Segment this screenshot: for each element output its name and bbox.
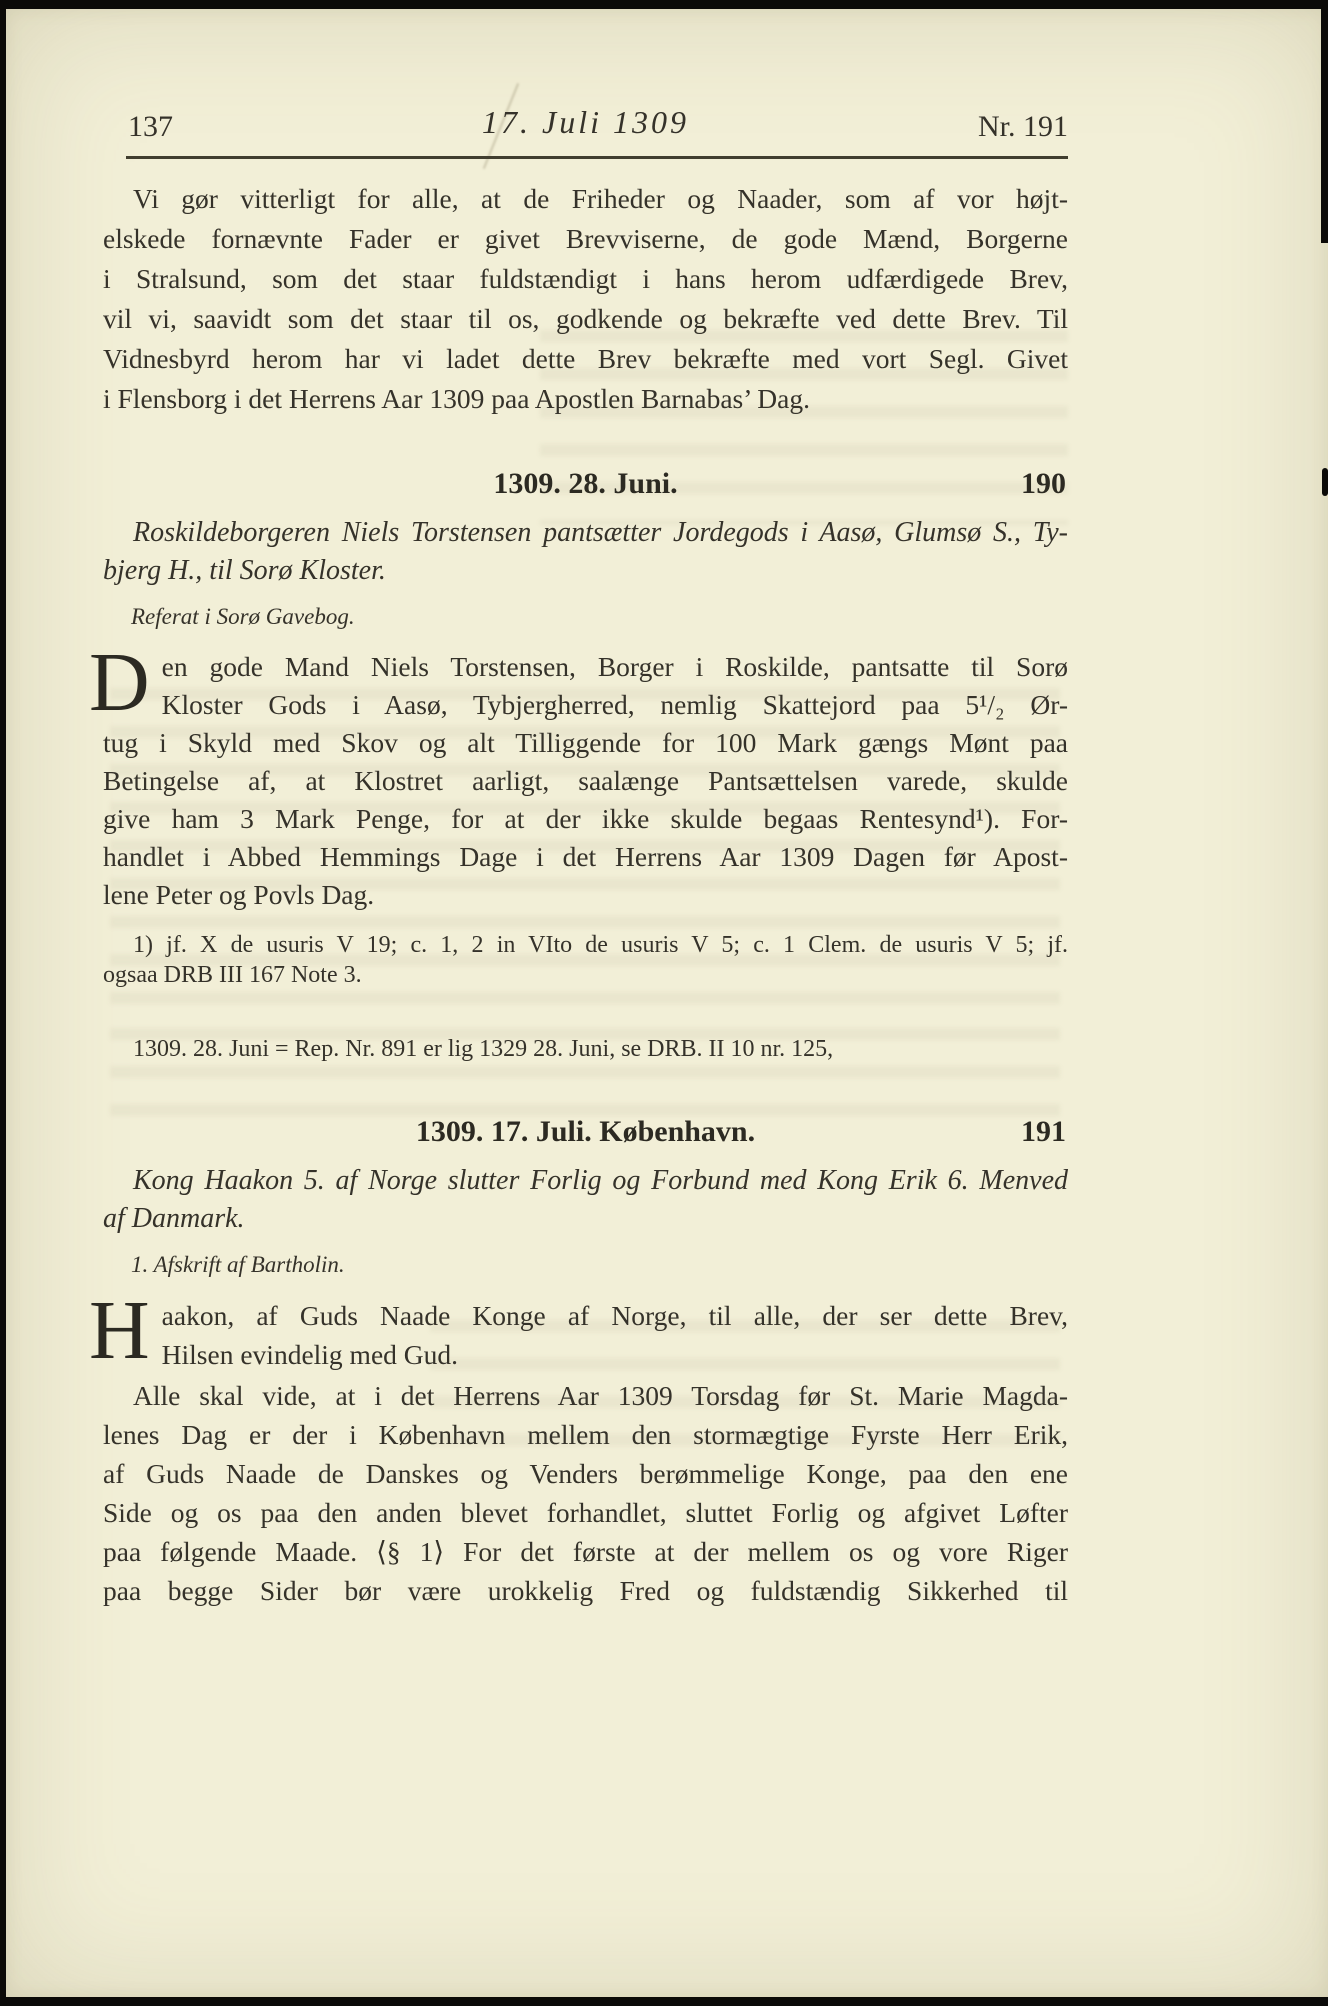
entry-191-summary: Kong Haakon 5. af Norge slutter Forlig o… <box>103 1162 1068 1238</box>
text-line: paa følgende Maade. ⟨§ 1⟩ For det første… <box>103 1532 1068 1571</box>
entry-190-cross-reference: 1309. 28. Juni = Rep. Nr. 891 er lig 132… <box>133 1036 1068 1063</box>
entry-191-paragraph-2: Alle skal vide, at i det Herrens Aar 130… <box>103 1376 1068 1610</box>
entry-190-source-note: Referat i Sorø Gavebog. <box>131 604 355 630</box>
text-line: paa begge Sider bør være urokkelig Fred … <box>103 1571 1068 1610</box>
page-edge-left <box>0 0 6 2006</box>
text-line: i Flensborg i det Herrens Aar 1309 paa A… <box>103 379 1068 419</box>
text-line: give ham 3 Mark Penge, for at der ikke s… <box>103 800 1068 838</box>
header-rule <box>126 156 1068 159</box>
continuation-paragraph: Vi gør vitterligt for alle, at de Frihed… <box>103 179 1068 419</box>
entry-number: 191 <box>1021 1115 1066 1149</box>
text-line: Betingelse af, at Klostret aarligt, saal… <box>103 762 1068 800</box>
text-line: Alle skal vide, at i det Herrens Aar 130… <box>103 1376 1068 1415</box>
running-head-number: Nr. 191 <box>978 110 1068 144</box>
entry-190-footnote: 1) jf. X de usuris V 19; c. 1, 2 in VIto… <box>103 930 1068 990</box>
text-line: af Danmark. <box>103 1200 1068 1238</box>
text-line: ogsaa DRB III 167 Note 3. <box>103 960 1068 990</box>
page-edge-right <box>1321 0 1328 243</box>
page-edge-bottom <box>0 1997 1328 2006</box>
entry-190-heading: 1309. 28. Juni. 190 <box>103 467 1068 501</box>
entry-191-source-note: 1. Afskrift af Bartholin. <box>131 1252 345 1278</box>
text-line: Vidnesbyrd herom har vi ladet dette Brev… <box>103 339 1068 379</box>
drop-cap: D <box>89 651 150 717</box>
text-line: aakon, af Guds Naade Konge af Norge, til… <box>103 1296 1068 1335</box>
text-line: i Stralsund, som det staar fuldstændigt … <box>103 259 1068 299</box>
text-line: af Guds Naade de Danskes og Venders berø… <box>103 1454 1068 1493</box>
scanned-page: 137 17. Juli 1309 Nr. 191 Vi gør vitterl… <box>0 0 1328 2006</box>
text-line: elskede fornævnte Fader er givet Brevvis… <box>103 219 1068 259</box>
drop-cap: H <box>89 1299 150 1365</box>
text-line: Side og os paa den anden blevet forhandl… <box>103 1493 1068 1532</box>
text-line: tug i Skyld med Skov og alt Tilliggende … <box>103 724 1068 762</box>
text-line: Kong Haakon 5. af Norge slutter Forlig o… <box>103 1162 1068 1200</box>
text-line: en gode Mand Niels Torstensen, Borger i … <box>103 648 1068 686</box>
text-line: lene Peter og Povls Dag. <box>103 876 1068 914</box>
text-line: lenes Dag er der i København mellem den … <box>103 1415 1068 1454</box>
running-head: 137 17. Juli 1309 Nr. 191 <box>103 104 1068 152</box>
text-line: handlet i Abbed Hemmings Dage i det Herr… <box>103 838 1068 876</box>
entry-191-heading: 1309. 17. Juli. København. 191 <box>103 1115 1068 1149</box>
entry-190-summary: Roskildeborgeren Niels Torstensen pantsæ… <box>103 514 1068 590</box>
entry-number: 190 <box>1021 467 1066 501</box>
page-edge-right-mark <box>1322 468 1328 496</box>
entry-date-heading: 1309. 28. Juni. <box>103 467 1068 501</box>
text-line: Kloster Gods i Aasø, Tybjergherred, neml… <box>103 686 1068 724</box>
text-line: bjerg H., til Sorø Kloster. <box>103 552 1068 590</box>
text-line: vil vi, saavidt som det staar til os, go… <box>103 299 1068 339</box>
page-number: 137 <box>128 110 173 144</box>
entry-190-body: D en gode Mand Niels Torstensen, Borger … <box>103 648 1068 914</box>
running-head-title: 17. Juli 1309 <box>103 104 1068 141</box>
text-line: Roskildeborgeren Niels Torstensen pantsæ… <box>103 514 1068 552</box>
text-line: 1) jf. X de usuris V 19; c. 1, 2 in VIto… <box>103 930 1068 960</box>
page-edge-top <box>0 0 1328 9</box>
text-line: Hilsen evindelig med Gud. <box>103 1335 1068 1374</box>
entry-191-body: H aakon, af Guds Naade Konge af Norge, t… <box>103 1296 1068 1374</box>
text-line: Vi gør vitterligt for alle, at de Frihed… <box>103 179 1068 219</box>
entry-date-heading: 1309. 17. Juli. København. <box>103 1115 1068 1149</box>
